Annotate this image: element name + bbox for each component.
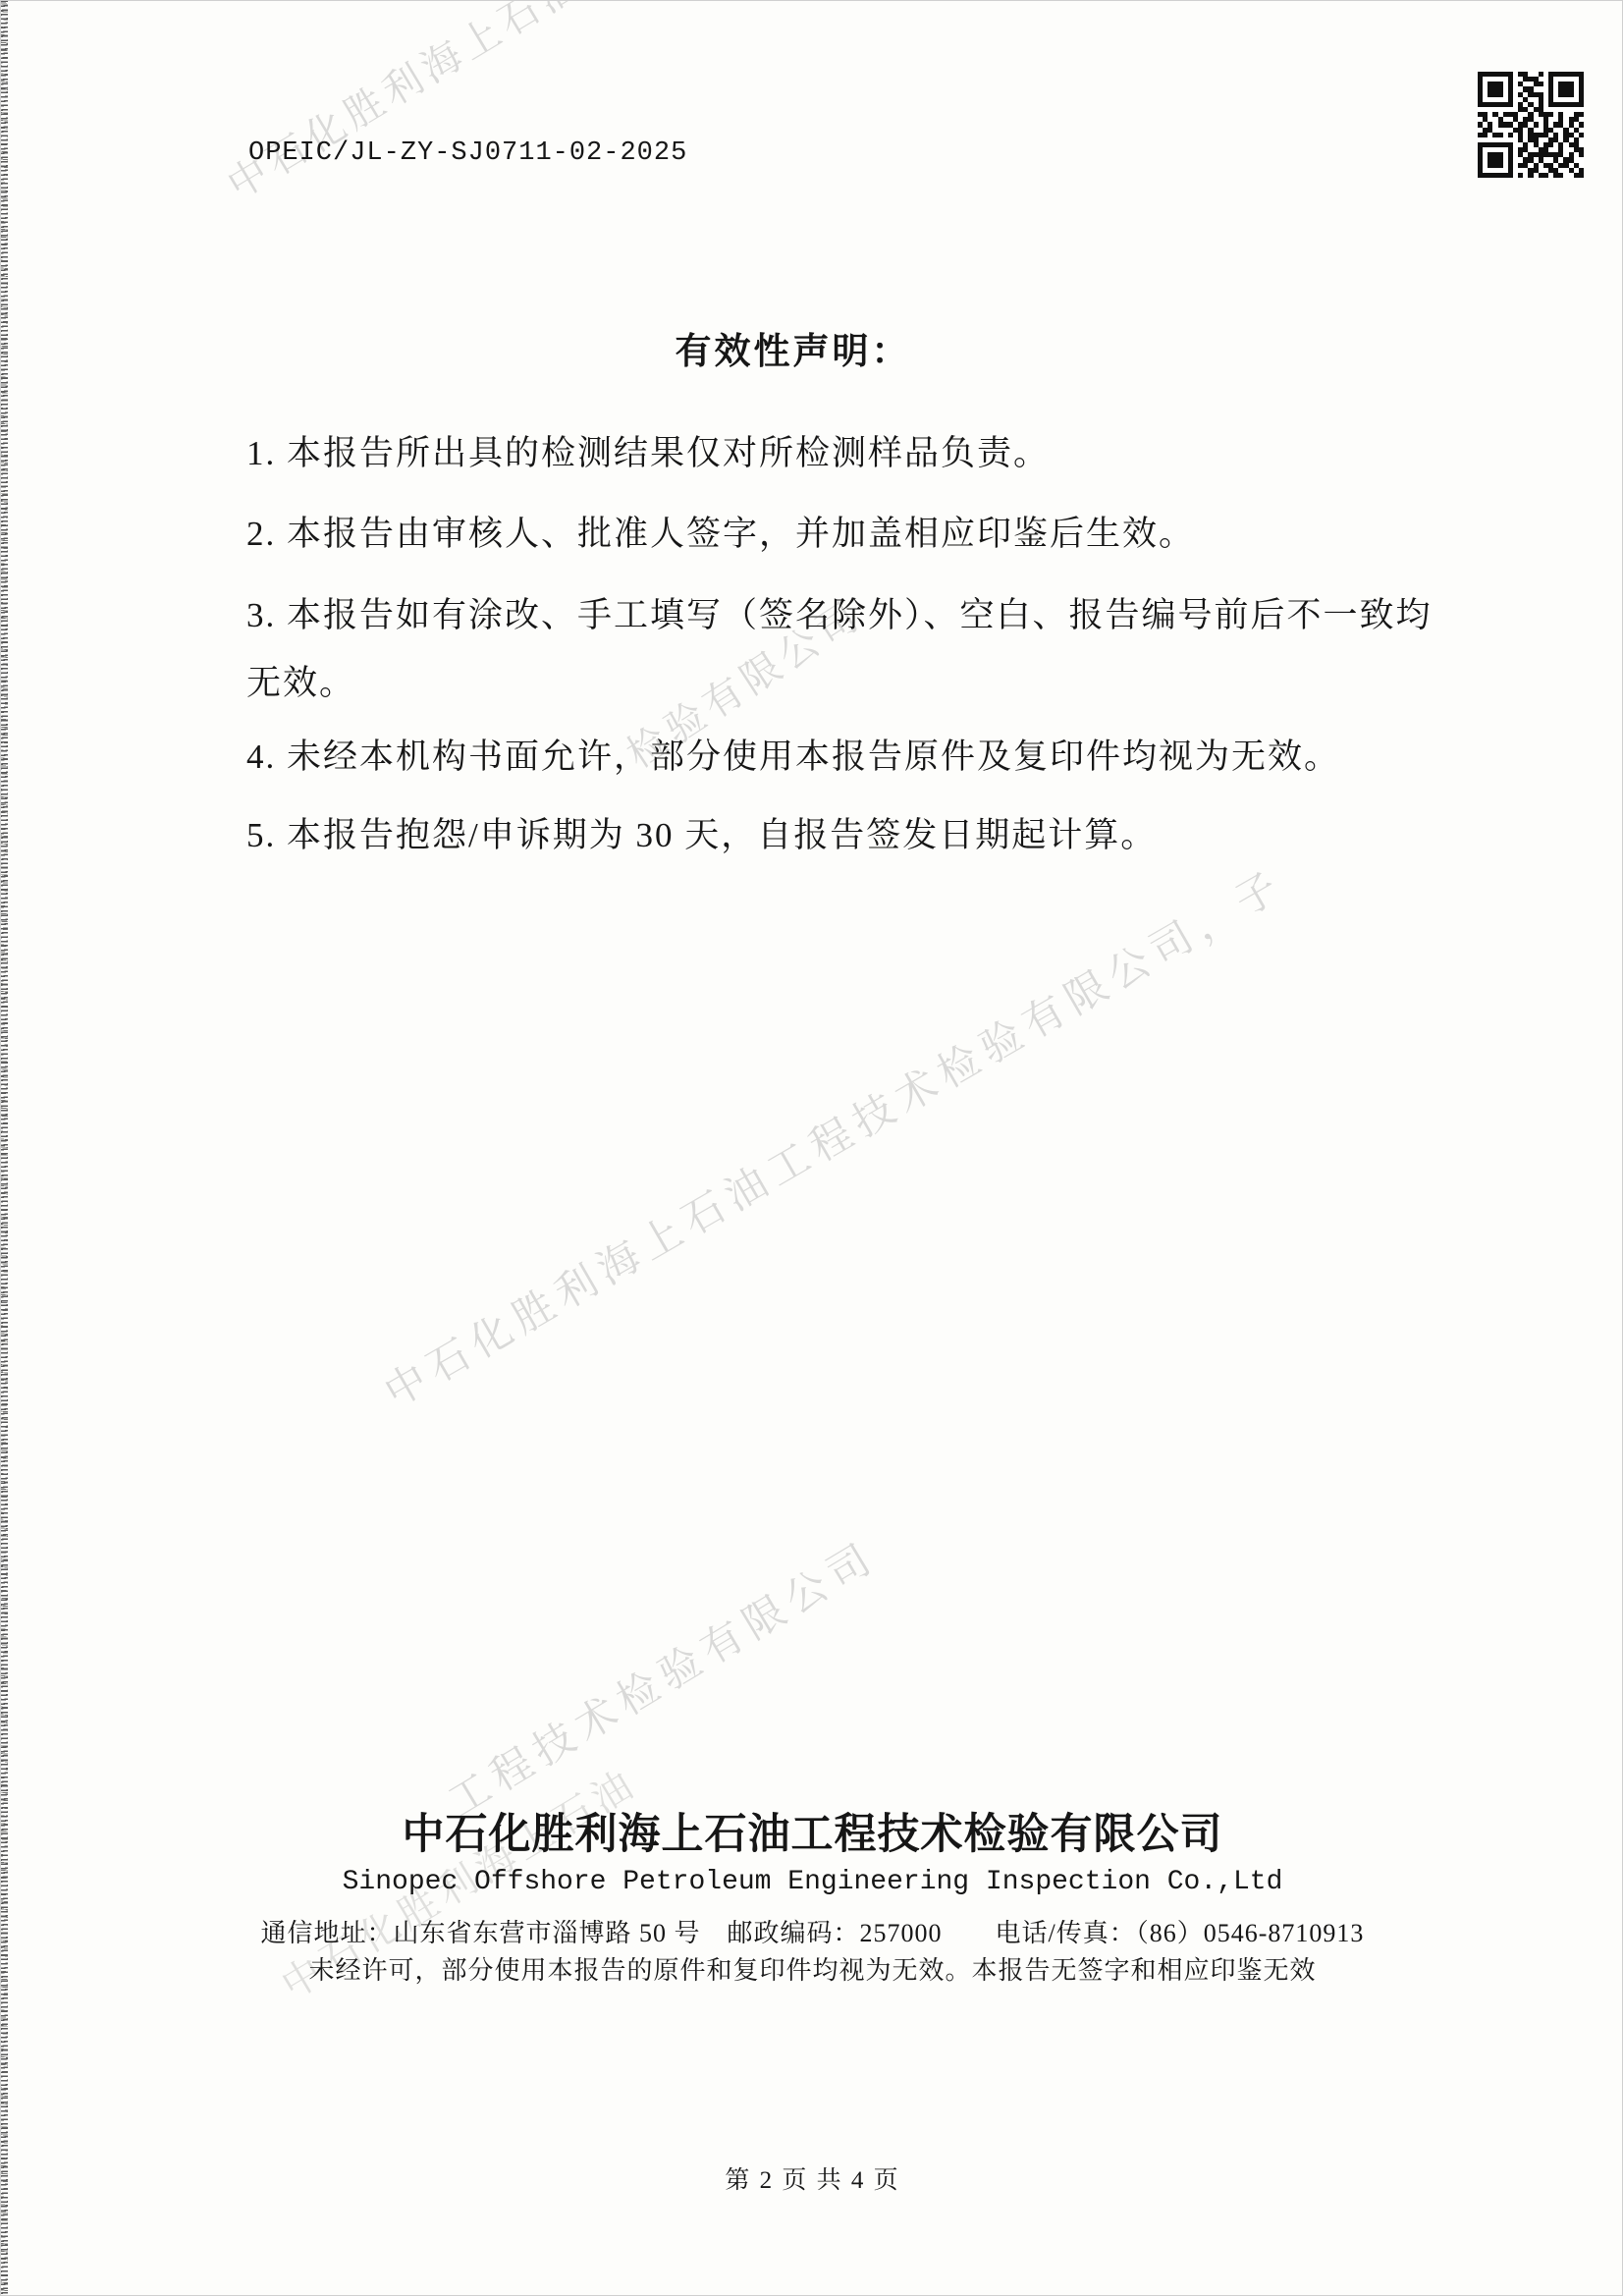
page-title: 有效性声明： [1, 321, 1585, 374]
company-name-en: Sinopec Offshore Petroleum Engineering I… [1, 1869, 1623, 1896]
document-code: OPEIC/JL-ZY-SJ0711-02-2025 [248, 138, 687, 168]
page-number: 第 2 页 共 4 页 [1, 2168, 1623, 2193]
watermark-fragment: 中石化胜利海上石油工程 [215, 0, 670, 210]
statement-item-1: 1. 本报告所出具的检测结果仅对所检测样品负责。 [246, 436, 1484, 470]
statement-item-4: 4. 未经本机构书面允许，部分使用本报告原件及复印件均视为无效。 [246, 739, 1484, 774]
company-address-line: 通信地址：山东省东营市淄博路 50 号 邮政编码：257000 电话/传真：（8… [1, 1921, 1623, 1946]
report-page: 中石化胜利海上石油工程 检验有限公司 中石化胜利海上石油工程技术检验有限公司，子… [0, 0, 1623, 2296]
statement-item-3-line-1: 3. 本报告如有涂改、手工填写（签名除外）、空白、报告编号前后不一致均 [246, 598, 1484, 632]
company-name-cn: 中石化胜利海上石油工程技术检验有限公司 [1, 1814, 1623, 1856]
statement-item-2: 2. 本报告由审核人、批准人签字，并加盖相应印鉴后生效。 [246, 517, 1484, 551]
statement-item-5: 5. 本报告抱怨/申诉期为 30 天，自报告签发日期起计算。 [246, 818, 1484, 852]
watermark-fragment: 中石化胜利海上石油工程技术检验有限公司，子 [372, 852, 1294, 1419]
statement-item-3-line-2: 无效。 [246, 666, 1484, 700]
qr-code [1478, 72, 1584, 178]
watermark-fragment: 工程技术检验有限公司 [436, 1525, 887, 1829]
company-notice-line: 未经许可，部分使用本报告的原件和复印件均视为无效。本报告无签字和相应印鉴无效 [1, 1958, 1623, 1984]
